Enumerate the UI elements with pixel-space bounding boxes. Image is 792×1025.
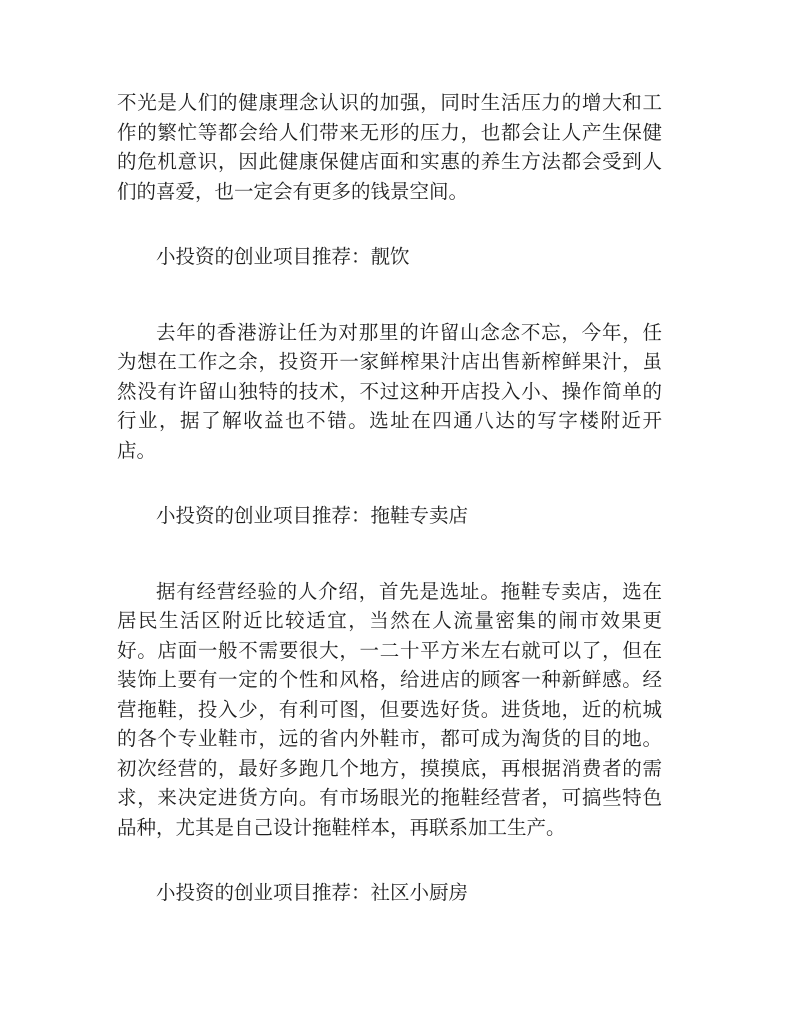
paragraph-slipper-store: 据有经营经验的人介绍，首先是选址。拖鞋专卖店，选在居民生活区附近比较适宜，当然在… bbox=[117, 578, 662, 844]
section-heading-community-kitchen: 小投资的创业项目推荐：社区小厨房 bbox=[117, 879, 662, 909]
paragraph-juice-shop: 去年的香港游让任为对那里的许留山念念不忘，今年，任为想在工作之余，投资开一家鲜榨… bbox=[117, 319, 662, 467]
document-page: 不光是人们的健康理念认识的加强，同时生活压力的增大和工作的繁忙等都会给人们带来无… bbox=[0, 0, 792, 1025]
paragraph-health-trend: 不光是人们的健康理念认识的加强，同时生活压力的增大和工作的繁忙等都会给人们带来无… bbox=[117, 89, 662, 207]
section-heading-liangyin: 小投资的创业项目推荐：靓饮 bbox=[117, 243, 662, 273]
section-heading-slipper-store: 小投资的创业项目推荐：拖鞋专卖店 bbox=[117, 502, 662, 532]
document-text-block: 不光是人们的健康理念认识的加强，同时生活压力的增大和工作的繁忙等都会给人们带来无… bbox=[117, 89, 662, 909]
